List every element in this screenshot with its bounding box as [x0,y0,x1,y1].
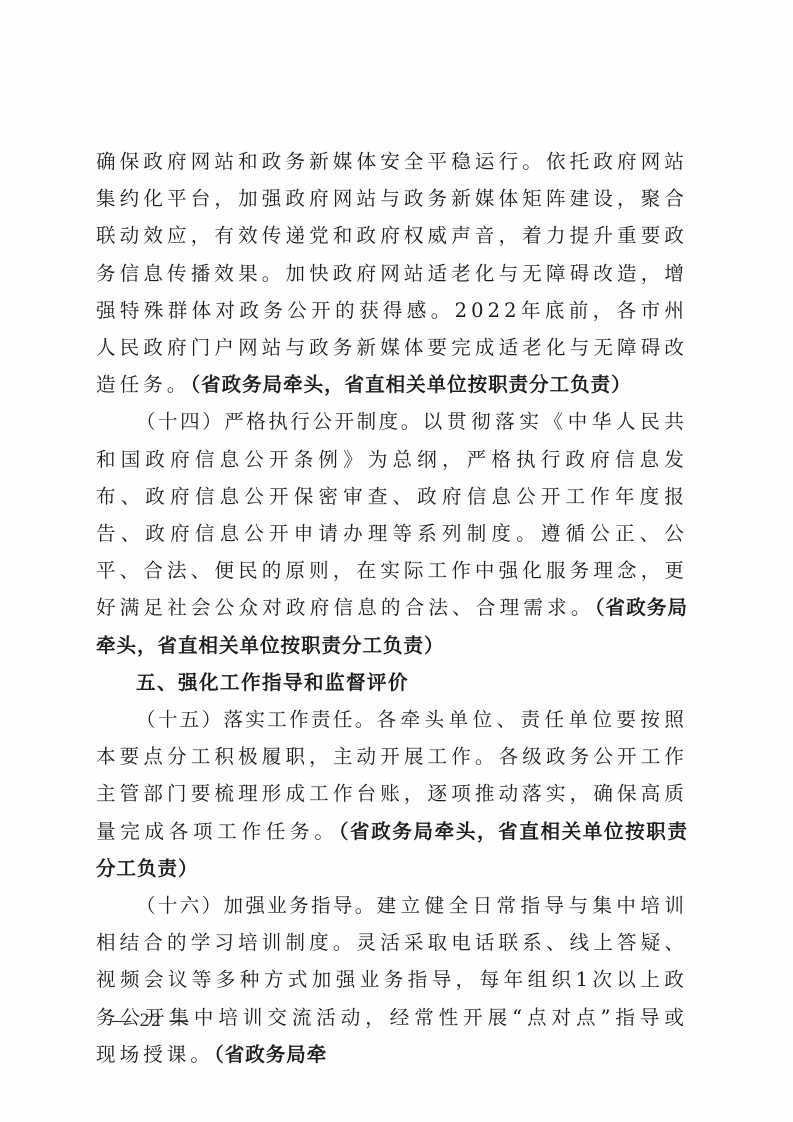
document-body: 确保政府网站和政务新媒体安全平稳运行。依托政府网站集约化平台，加强政府网站与政务… [96,143,688,1073]
paragraph-15-work-responsibility: （十五）落实工作责任。各牵头单位、责任单位要按照本要点分工积极履职，主动开展工作… [96,701,688,887]
responsibility-note: （省政务局牵头，省直相关单位按职责分工负责） [190,373,631,396]
document-page: 确保政府网站和政务新媒体安全平稳运行。依托政府网站集约化平台，加强政府网站与政务… [0,0,793,1122]
item-lead: （十五）落实工作责任。 [136,708,377,731]
section-heading: 五、强化工作指导和监督评价 [96,664,688,701]
paragraph-website-security: 确保政府网站和政务新媒体安全平稳运行。依托政府网站集约化平台，加强政府网站与政务… [96,143,688,403]
responsibility-note: （省政务局牵 [214,1043,327,1066]
item-lead: （十四）严格执行公开制度。 [136,410,423,433]
paragraph-text: 建立健全日常指导与集中培训相结合的学习培训制度。灵活采取电话联系、线上答疑、视频… [96,894,688,1066]
paragraph-text: 确保政府网站和政务新媒体安全平稳运行。依托政府网站集约化平台，加强政府网站与政务… [96,150,688,396]
item-lead: （十六）加强业务指导。 [136,894,377,917]
paragraph-text: 以贯彻落实《中华人民共和国政府信息公开条例》为总纲，严格执行政府信息发布、政府信… [96,410,688,619]
page-number: — 22 — [112,1010,191,1032]
paragraph-14-disclosure-system: （十四）严格执行公开制度。以贯彻落实《中华人民共和国政府信息公开条例》为总纲，严… [96,403,688,663]
paragraph-16-business-guidance: （十六）加强业务指导。建立健全日常指导与集中培训相结合的学习培训制度。灵活采取电… [96,887,688,1073]
